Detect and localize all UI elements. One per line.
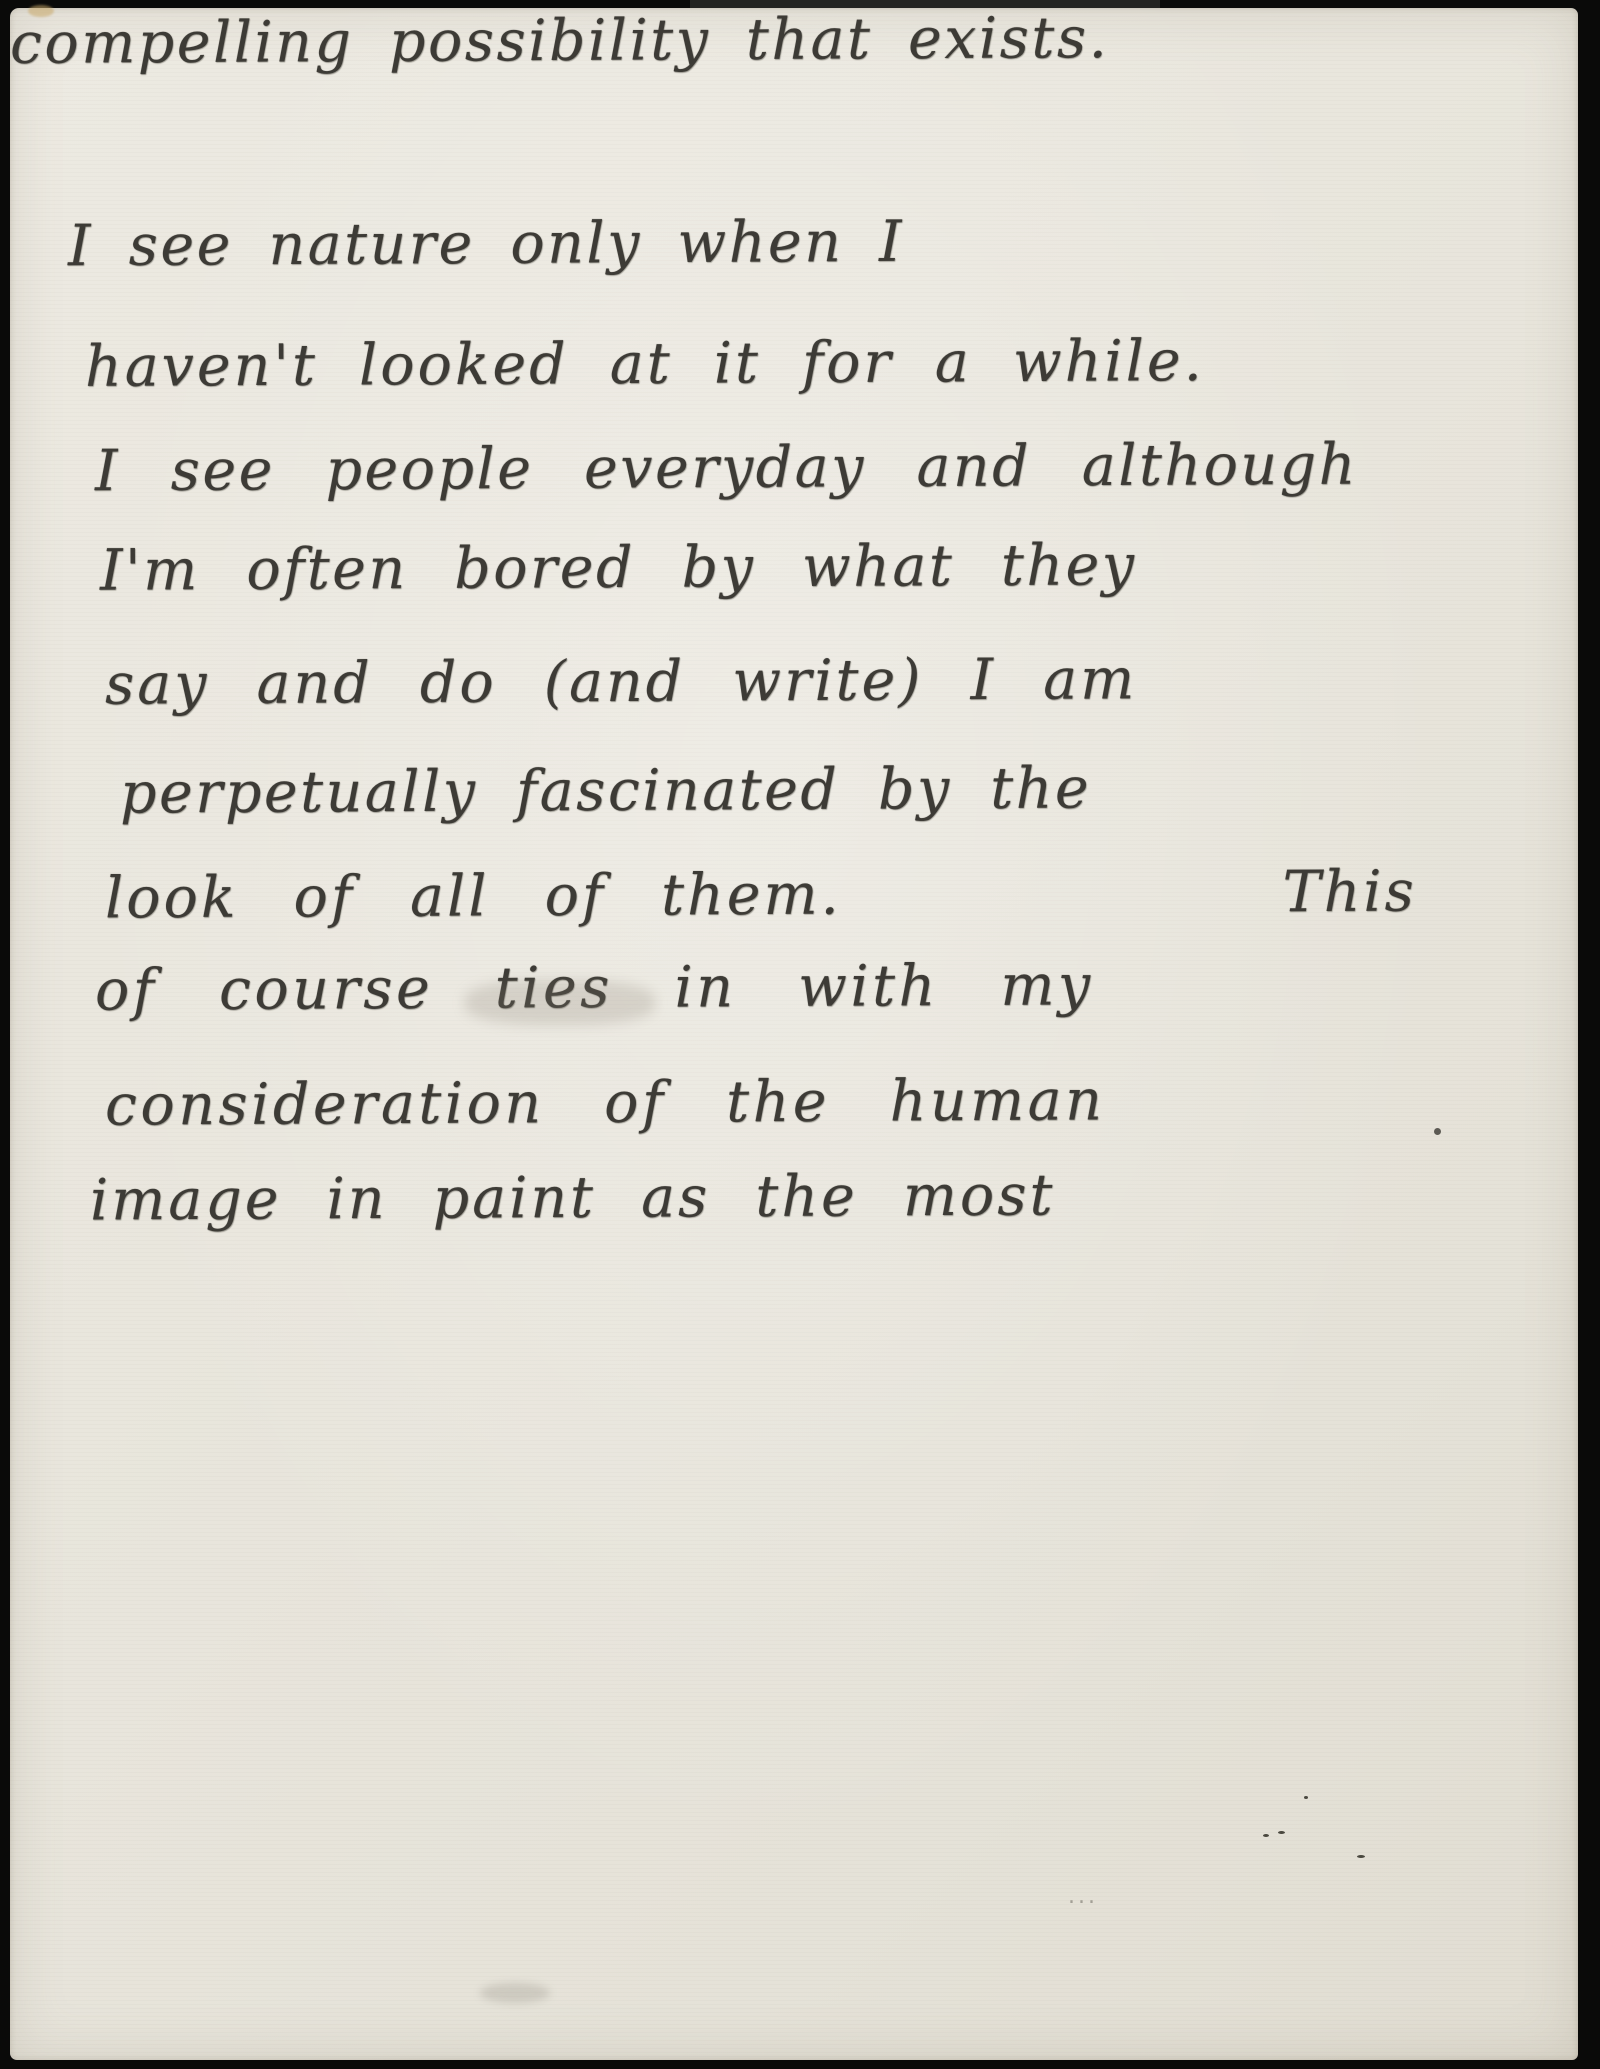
- handwritten-line: consideration of the human: [105, 1067, 1106, 1138]
- paper-sheet: I see nature only when I haven't looked …: [10, 8, 1578, 2060]
- faint-pencil-dashes: ...: [1068, 1884, 1098, 1909]
- paper-smudge: [480, 1983, 550, 2003]
- paper-speck: [1278, 1831, 1285, 1834]
- handwritten-line: haven't looked at it for a while.: [85, 328, 1205, 400]
- photo-background: I see nature only when I haven't looked …: [0, 0, 1600, 2069]
- handwritten-line: I'm often bored by what they: [100, 532, 1137, 603]
- handwritten-line: say and do (and write) I am: [105, 646, 1138, 717]
- handwritten-line: compelling possibility that exists.: [10, 5, 1110, 77]
- paper-speck: [1304, 1796, 1308, 1799]
- handwritten-line: perpetually fascinated by the: [120, 755, 1091, 826]
- stray-pencil-dot: [1434, 1128, 1441, 1135]
- handwritten-line: image in paint as the most: [90, 1162, 1056, 1233]
- handwritten-line: look of all of them. This: [105, 859, 1417, 932]
- erased-word-smudge: [465, 980, 655, 1025]
- handwritten-line: I see nature only when I: [68, 209, 904, 279]
- paper-speck: [1263, 1834, 1269, 1837]
- paper-speck: [1357, 1855, 1365, 1858]
- handwritten-line: I see people everyday and although: [95, 432, 1358, 505]
